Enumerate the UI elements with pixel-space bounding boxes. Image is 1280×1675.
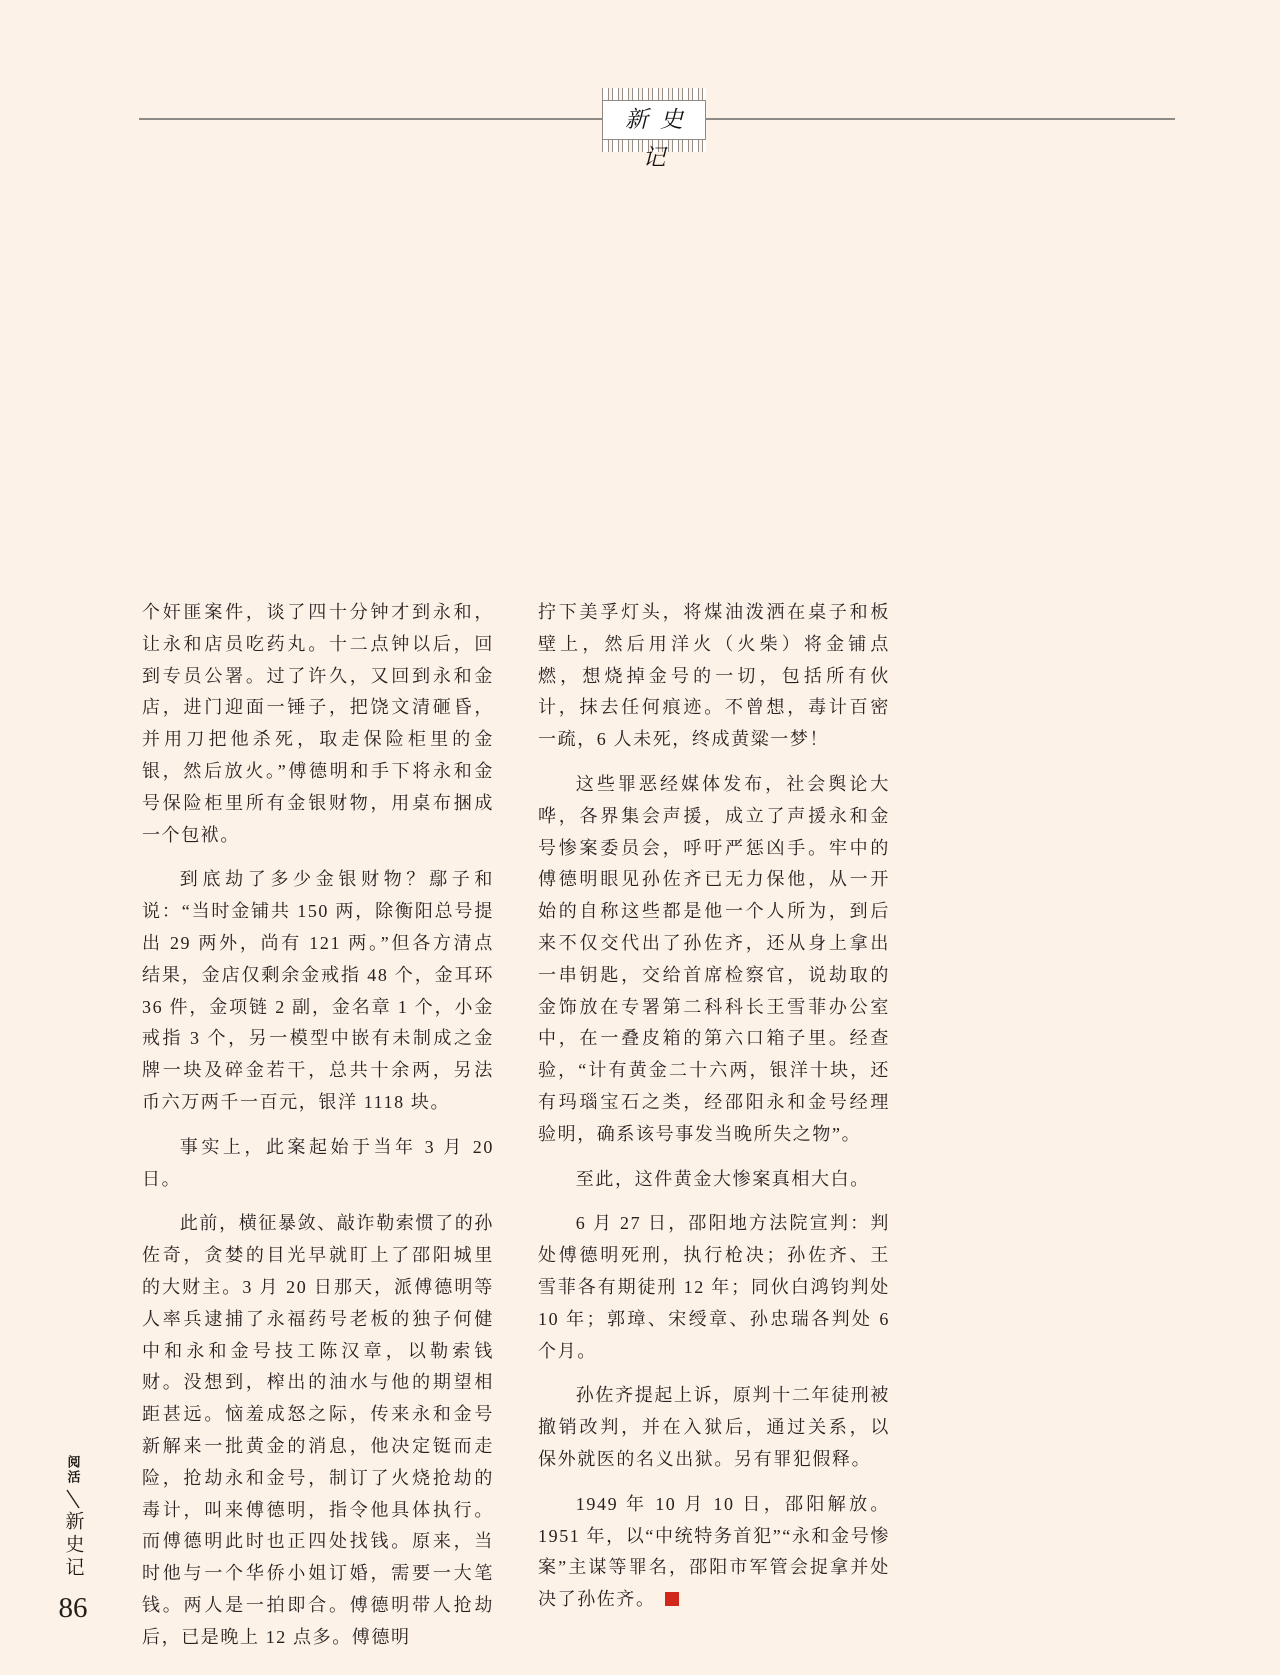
article-column-left: 个奸匪案件，谈了四十分钟才到永和，让永和店员吃药丸。十二点钟以后，回到专员公署。…: [142, 597, 494, 1667]
header-rule-right: [706, 118, 1175, 120]
paragraph: 到底劫了多少金银财物？鄢子和说：“当时金铺共 150 两，除衡阳总号提出 29 …: [142, 864, 494, 1118]
masthead-box: 新史记: [602, 88, 706, 152]
paragraph: 此前，横征暴敛、敲诈勒索惯了的孙佐奇，贪婪的目光早就盯上了邵阳城里的大财主。3 …: [142, 1208, 494, 1653]
section-title: 新史记: [602, 100, 706, 140]
article-column-right: 拧下美孚灯头，将煤油泼洒在桌子和板壁上，然后用洋火（火柴）将金铺点燃，想烧掉金号…: [538, 597, 890, 1629]
paragraph: 事实上，此案起始于当年 3 月 20 日。: [142, 1132, 494, 1196]
page-sidebar: 阅活 新史记 86: [54, 1455, 92, 1625]
masthead-ornament-top: [602, 88, 706, 100]
end-of-article-mark: [665, 1592, 679, 1606]
sidebar-section-label: 新史记: [60, 1511, 87, 1580]
paragraph: 1949 年 10 月 10 日，邵阳解放。1951 年，以“中统特务首犯”“永…: [538, 1489, 890, 1616]
paragraph: 6 月 27 日，邵阳地方法院宣判：判处傅德明死刑，执行枪决；孙佐齐、王雪菲各有…: [538, 1208, 890, 1367]
magazine-page: 新史记 个奸匪案件，谈了四十分钟才到永和，让永和店员吃药丸。十二点钟以后，回到专…: [0, 0, 1280, 1675]
paragraph: 个奸匪案件，谈了四十分钟才到永和，让永和店员吃药丸。十二点钟以后，回到专员公署。…: [142, 597, 494, 851]
paragraph: 孙佐齐提起上诉，原判十二年徒刑被撤销改判，并在入狱后，通过关系，以保外就医的名义…: [538, 1380, 890, 1475]
paragraph: 拧下美孚灯头，将煤油泼洒在桌子和板壁上，然后用洋火（火柴）将金铺点燃，想烧掉金号…: [538, 597, 890, 756]
paragraph: 至此，这件黄金大惨案真相大白。: [538, 1164, 890, 1196]
slash-divider-icon: [64, 1488, 82, 1510]
paragraph-text: 1949 年 10 月 10 日，邵阳解放。1951 年，以“中统特务首犯”“永…: [538, 1494, 890, 1609]
header-rule-left: [139, 118, 602, 120]
sidebar-category-label: 阅活: [64, 1455, 83, 1485]
paragraph: 这些罪恶经媒体发布，社会舆论大哗，各界集会声援，成立了声援永和金号惨案委员会，呼…: [538, 769, 890, 1151]
page-number: 86: [59, 1592, 88, 1625]
